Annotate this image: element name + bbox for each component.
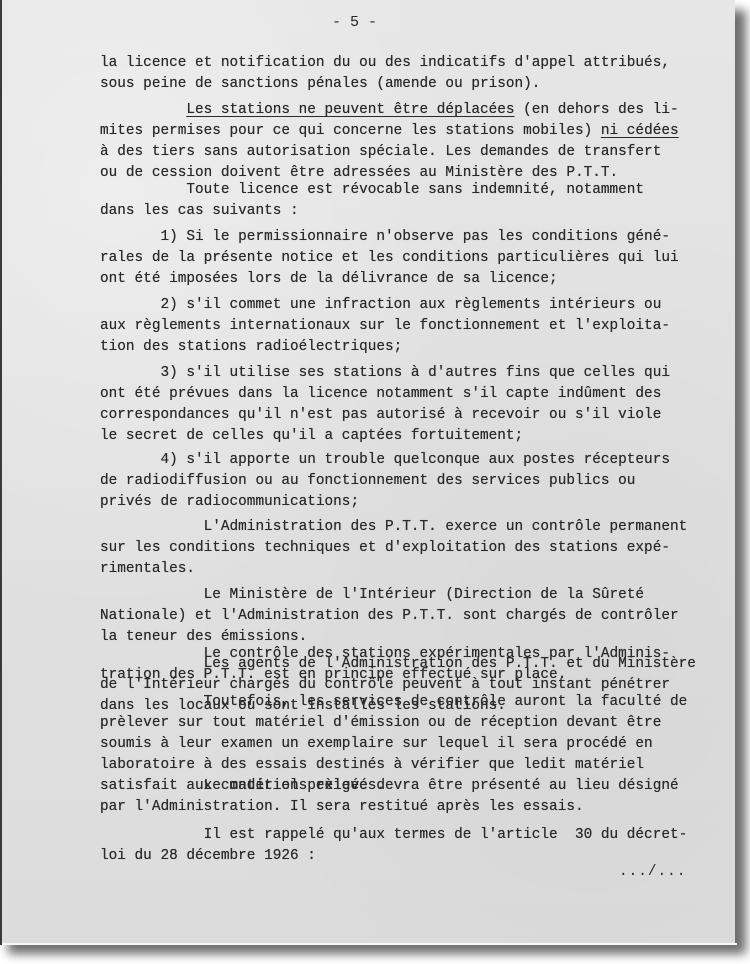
text-line: dans les cas suivants :: [100, 201, 299, 221]
text-line: L'Administration des P.T.T. exerce un co…: [100, 517, 687, 537]
text-line: tration des P.T.T. est en principe effec…: [100, 665, 566, 685]
text-line: 3) s'il utilise ses stations à d'autres …: [100, 363, 670, 383]
text-line: 1) Si le permissionnaire n'observe pas l…: [100, 227, 670, 247]
text-line: soumis à leur examen un exemplaire sur l…: [100, 734, 653, 754]
text-line: tion des stations radioélectriques;: [100, 337, 402, 357]
text-line: rimentales.: [100, 559, 195, 579]
text-line: 4) s'il apporte un trouble quelconque au…: [100, 450, 670, 470]
text-line: rales de la présente notice et les condi…: [100, 248, 679, 268]
text-line: Nationale) et l'Administration des P.T.T…: [100, 606, 679, 626]
underlined-phrase: ni cédées: [601, 123, 679, 139]
text-line: loi du 28 décembre 1926 :: [100, 846, 316, 866]
text-line: prèlever sur tout matériel d'émission ou…: [100, 713, 661, 733]
scanned-page: - 5 - .../... la licence et notification…: [0, 0, 735, 945]
text-line: de radiodiffusion ou au fonctionnement d…: [100, 471, 635, 491]
underlined-phrase: Les stations ne peuvent être déplacées: [186, 102, 514, 118]
text-line: Toutefois, les services de contrôle auro…: [100, 692, 687, 712]
typewritten-text: - 5 - .../... la licence et notification…: [2, 0, 737, 945]
text-line: par l'Administration. Il sera restitué a…: [100, 797, 584, 817]
text-line: laboratoire à des essais destinés à véri…: [100, 755, 644, 775]
text-line: la licence et notification du ou des ind…: [100, 53, 670, 73]
continuation-mark: .../...: [619, 862, 686, 882]
text-line: à des tiers sans autorisation spéciale. …: [100, 142, 661, 162]
text-line: Toute licence est révocable sans indemni…: [100, 180, 644, 200]
text-line: mites permises pour ce qui concerne les …: [100, 121, 679, 141]
text-line: privés de radiocommunications;: [100, 492, 359, 512]
text-line: Le Ministère de l'Intérieur (Direction d…: [100, 585, 644, 605]
text-line: correspondances qu'il n'est pas autorisé…: [100, 405, 661, 425]
text-line: Le contrôle des stations expérimentales …: [100, 644, 670, 664]
text-line: ont été imposées lors de la délivrance d…: [100, 269, 558, 289]
text-line: sous peine de sanctions pénales (amende …: [100, 74, 540, 94]
text-line: Le matériel prèlevé devra être présenté …: [100, 776, 679, 796]
text-line: ont été prévues dans la licence notammen…: [100, 384, 661, 404]
text-line: Il est rappelé qu'aux termes de l'articl…: [100, 825, 687, 845]
text-line: sur les conditions techniques et d'explo…: [100, 538, 670, 558]
text-line: Les stations ne peuvent être déplacées (…: [100, 100, 679, 120]
text-line: aux règlements internationaux sur le fon…: [100, 316, 670, 336]
text-line: 2) s'il commet une infraction aux règlem…: [100, 295, 661, 315]
text-line: le secret de celles qu'il a captées fort…: [100, 426, 523, 446]
page-number: - 5 -: [332, 13, 377, 33]
